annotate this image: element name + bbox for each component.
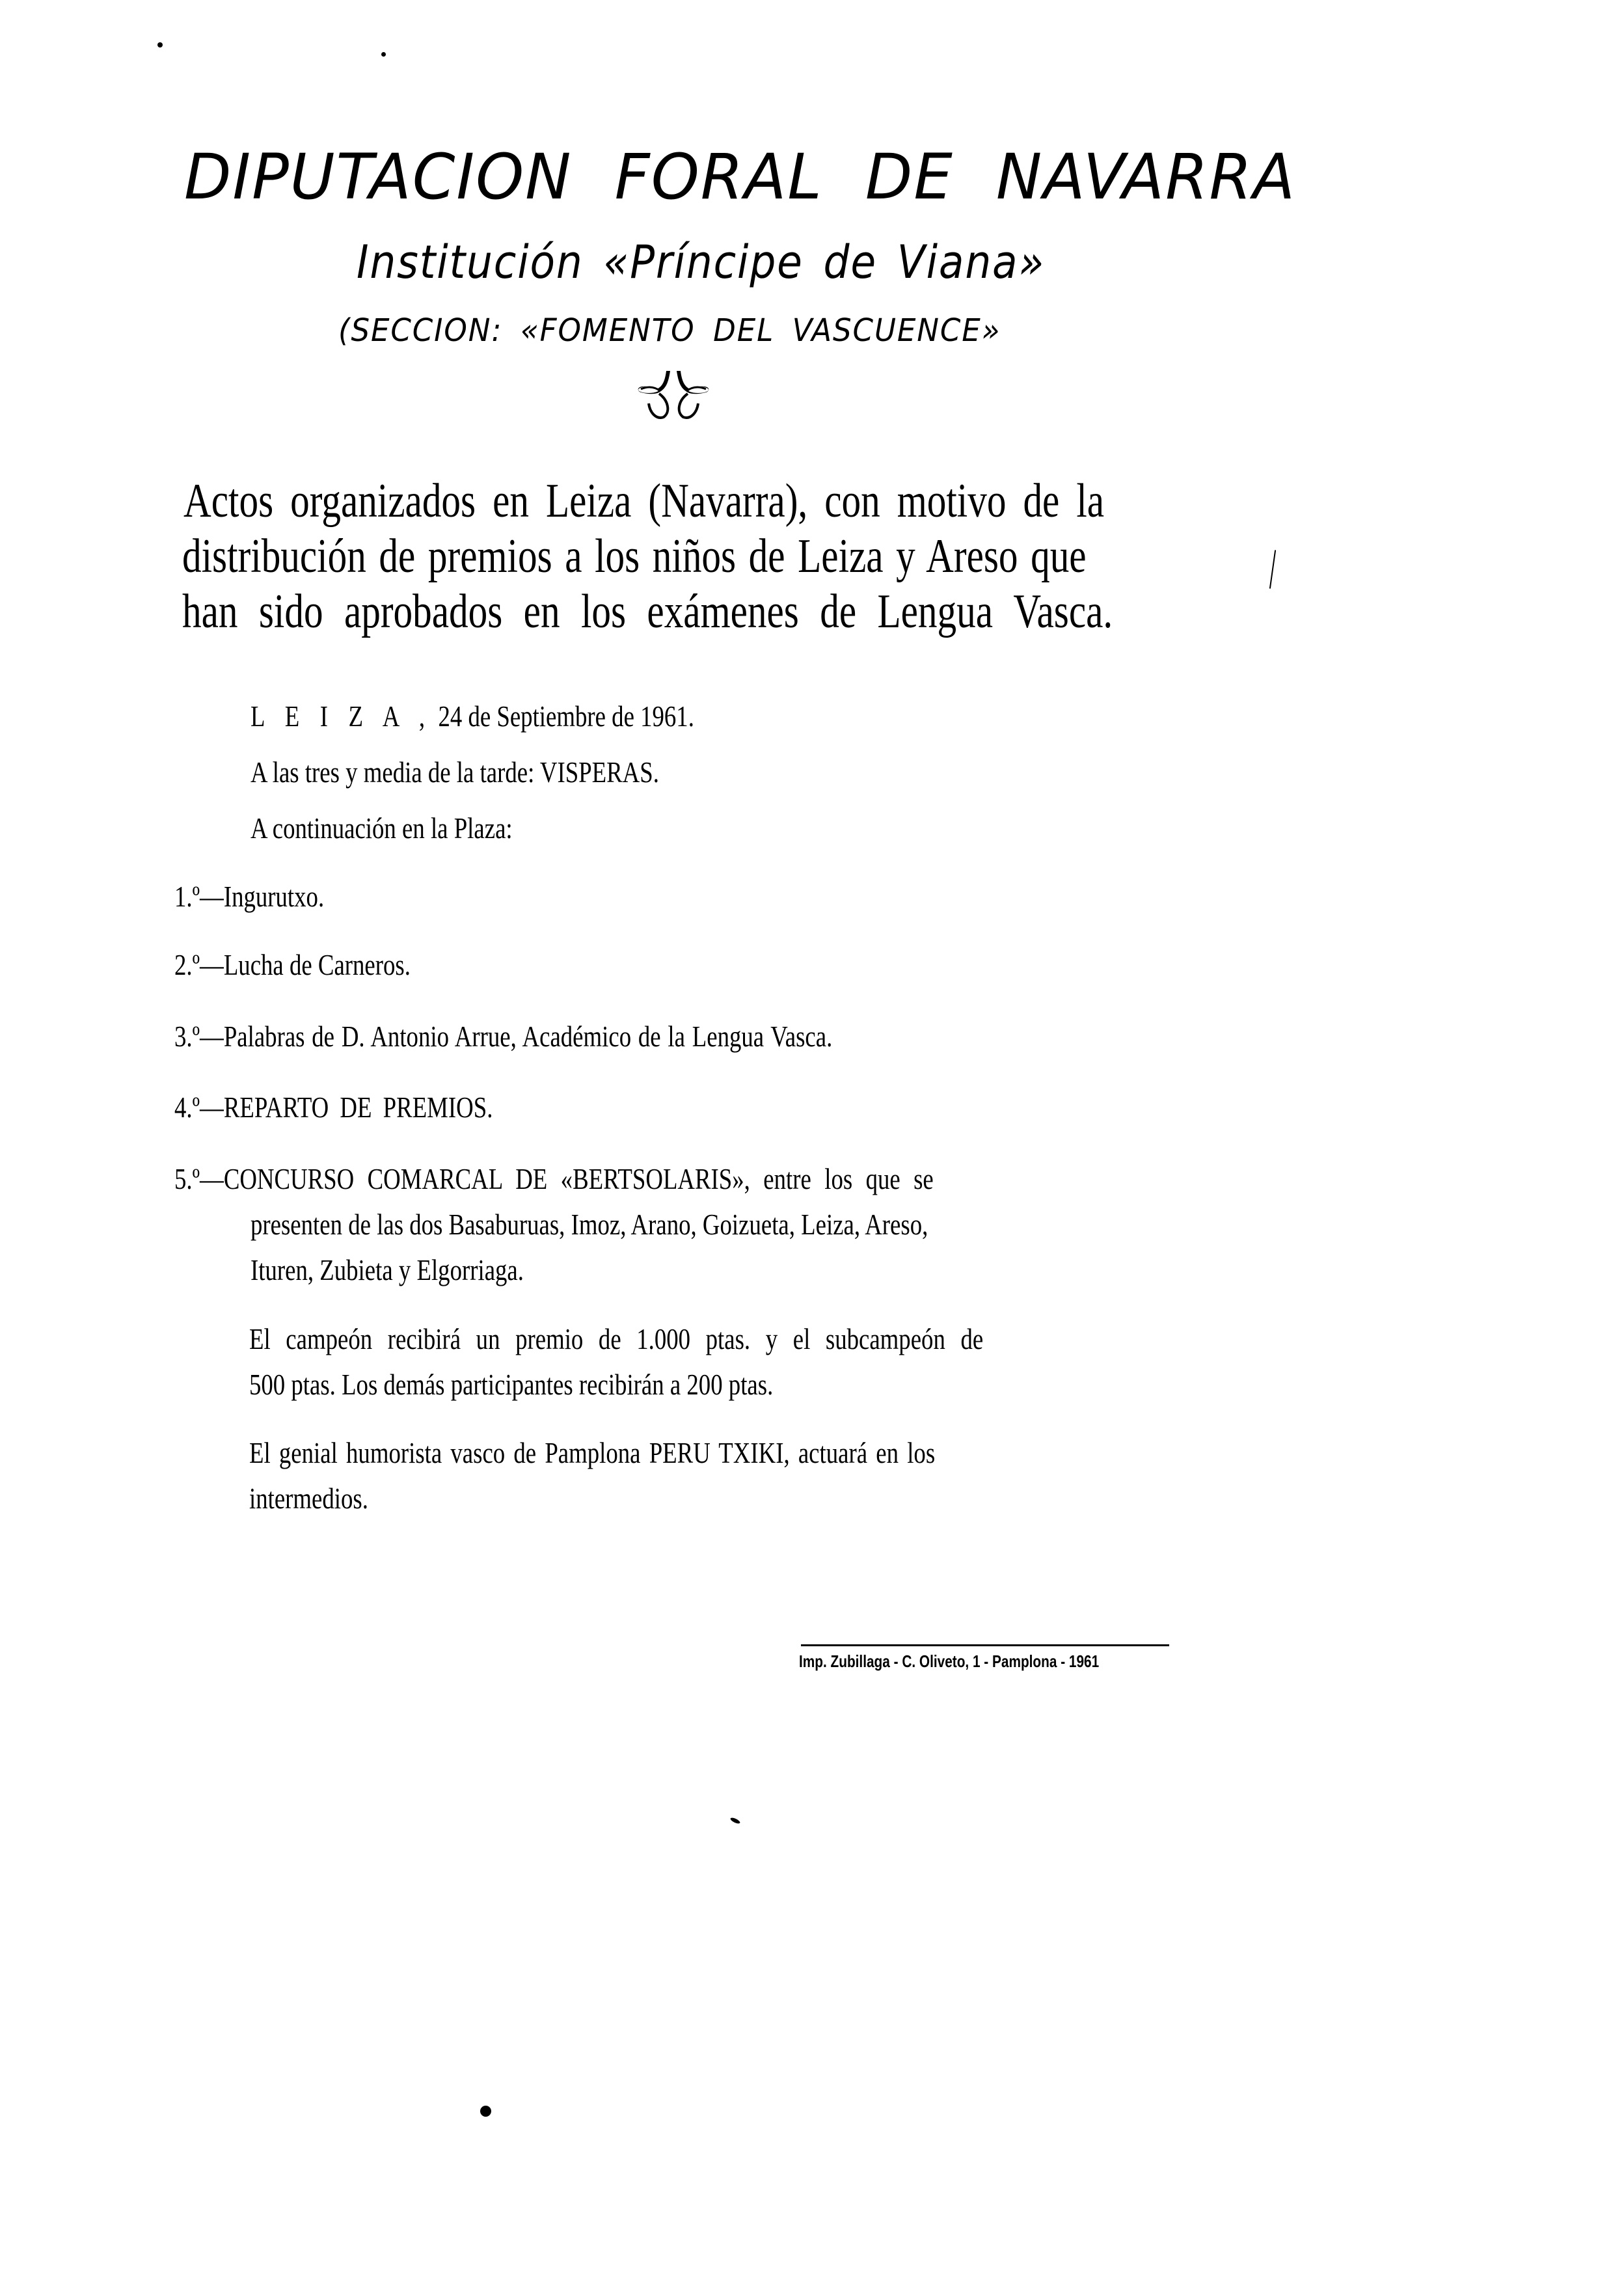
schedule-item: 5.º—CONCURSO COMARCAL DE «BERTSOLARIS», … — [174, 1161, 934, 1196]
page-title: DIPUTACION FORAL DE NAVARRA — [184, 141, 1296, 213]
printer-imprint: Imp. Zubillaga - C. Oliveto, 1 - Pamplon… — [799, 1651, 1099, 1672]
schedule-item: 2.º—Lucha de Carneros. — [174, 947, 411, 982]
schedule-item: 4.º—REPARTO DE PREMIOS. — [174, 1090, 493, 1124]
scan-speck — [480, 2106, 491, 2117]
vespers-line: A las tres y media de la tarde: VISPERAS… — [250, 755, 659, 789]
document-page: DIPUTACION FORAL DE NAVARRA Institución … — [0, 0, 1624, 2282]
continuation-line: A continuación en la Plaza: — [250, 811, 513, 845]
intro-line: han sido aprobados en los exámenes de Le… — [182, 584, 1113, 640]
item-number: 4.º — [174, 1091, 200, 1124]
prizes-paragraph: El campeón recibirá un premio de 1.000 p… — [249, 1322, 983, 1356]
institution-subtitle: Institución «Príncipe de Viana» — [357, 236, 1045, 289]
humorist-paragraph: intermedios. — [249, 1481, 368, 1515]
footer-divider — [801, 1644, 1169, 1646]
item-number: 3.º — [174, 1020, 200, 1053]
scan-speck — [729, 1817, 740, 1825]
item-continuation: presenten de las dos Basaburuas, Imoz, A… — [250, 1207, 928, 1242]
schedule-item: 3.º—Palabras de D. Antonio Arrue, Académ… — [174, 1019, 832, 1053]
section-subtitle: (SECCION: «FOMENTO DEL VASCUENCE» — [338, 312, 1001, 349]
item-text: —Ingurutxo. — [200, 880, 324, 913]
prizes-paragraph: 500 ptas. Los demás participantes recibi… — [249, 1367, 773, 1402]
schedule-item: 1.º—Ingurutxo. — [174, 879, 324, 914]
event-date-line: L E I Z A , 24 de Septiembre de 1961. — [250, 699, 694, 733]
event-place: L E I Z A , — [250, 700, 432, 733]
item-text: —Palabras de D. Antonio Arrue, Académico… — [200, 1020, 832, 1053]
item-number: 1.º — [174, 880, 200, 913]
intro-line: Actos organizados en Leiza (Navarra), co… — [183, 474, 1104, 529]
scan-speck — [381, 52, 386, 57]
item-text: —REPARTO DE PREMIOS. — [200, 1091, 493, 1124]
item-number: 2.º — [174, 948, 200, 981]
ornament-icon — [634, 368, 712, 423]
scan-speck — [1269, 550, 1276, 589]
intro-line: distribución de premios a los niños de L… — [182, 529, 1087, 584]
item-number: 5.º — [174, 1162, 200, 1195]
humorist-paragraph: El genial humorista vasco de Pamplona PE… — [249, 1435, 935, 1470]
item-text: —Lucha de Carneros. — [200, 948, 411, 981]
event-date: 24 de Septiembre de 1961. — [438, 700, 694, 733]
item-text: —CONCURSO COMARCAL DE «BERTSOLARIS», ent… — [200, 1162, 934, 1195]
item-continuation: Ituren, Zubieta y Elgorriaga. — [250, 1253, 524, 1287]
scan-speck — [157, 42, 163, 48]
